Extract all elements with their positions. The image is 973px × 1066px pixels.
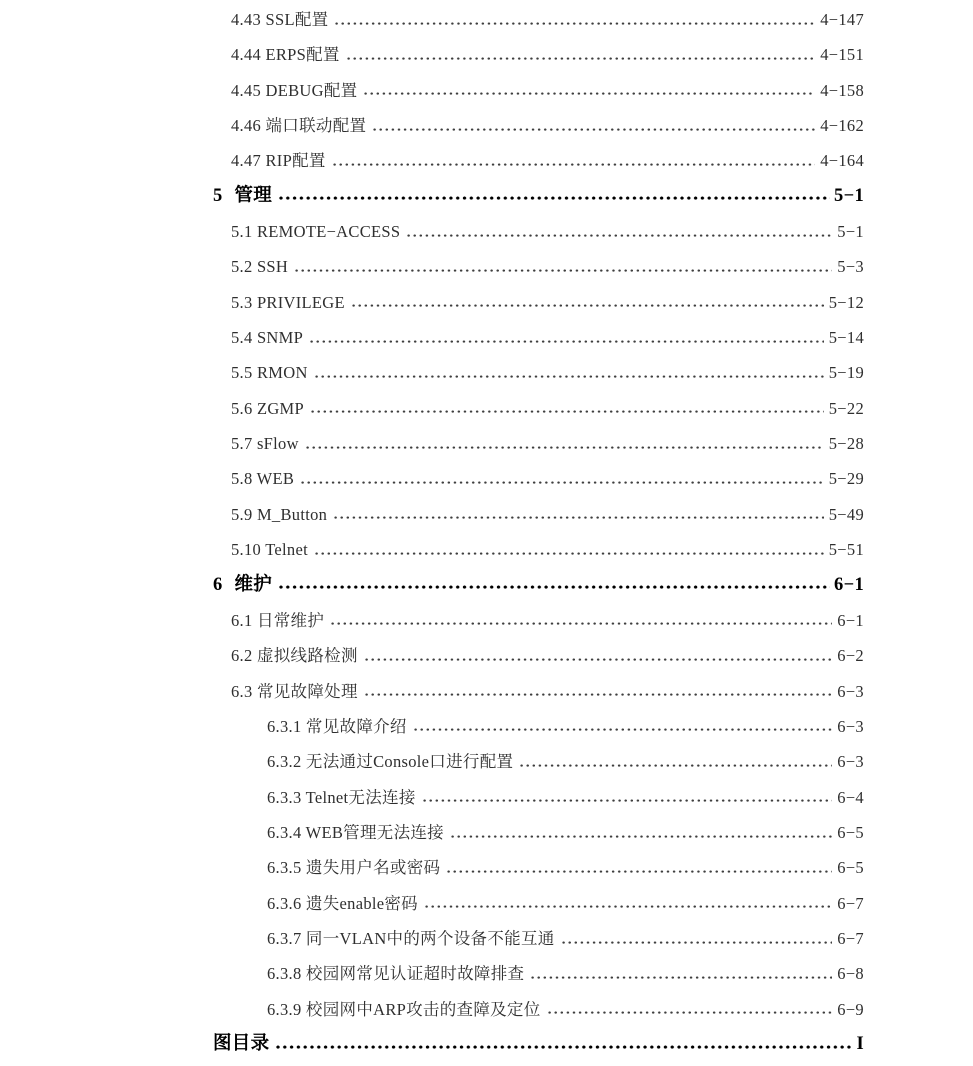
toc-entry-page: 5−19 — [829, 355, 864, 390]
toc-entry-label: 图目录 — [213, 1027, 269, 1062]
toc-entry-label: 6.3.2 无法通过Console口进行配置 — [267, 744, 513, 779]
toc-entry-label: 5.6 ZGMP — [231, 391, 304, 426]
toc-entry-label: 5.1 REMOTE−ACCESS — [231, 214, 400, 249]
dot-leader — [365, 693, 833, 696]
dot-leader — [407, 234, 832, 237]
dot-leader — [295, 269, 832, 272]
dot-leader — [531, 976, 832, 979]
dot-leader — [548, 1011, 833, 1014]
dot-leader — [352, 304, 824, 307]
toc-entry: 5.3 PRIVILEGE 5−12 — [231, 285, 864, 320]
toc-entry-page: 4−147 — [820, 2, 864, 37]
toc-entry-page: 6−1 — [834, 568, 864, 603]
toc-entry-label: 6.3 常见故障处理 — [231, 674, 358, 709]
toc-entry-label: 5 管理 — [213, 179, 272, 214]
toc-entry-page: 5−22 — [829, 391, 864, 426]
toc-entry: 6.3.2 无法通过Console口进行配置 6−3 — [267, 744, 864, 779]
toc-entry-page: 5−12 — [829, 285, 864, 320]
toc-entry: 6.3.5 遗失用户名或密码 6−5 — [267, 850, 864, 885]
toc-entry: 5.7 sFlow 5−28 — [231, 426, 864, 461]
dot-leader — [447, 870, 832, 873]
toc-entry-page: 6−5 — [837, 815, 864, 850]
toc-entry-label: 4.43 SSL配置 — [231, 2, 328, 37]
dot-leader — [364, 92, 815, 95]
toc-entry-page: 6−3 — [837, 744, 864, 779]
toc-entry: 4.46 端口联动配置 4−162 — [231, 108, 864, 143]
toc-entry-page: 6−8 — [837, 956, 864, 991]
toc-entry-page: 6−5 — [837, 850, 864, 885]
toc-entry-page: 5−29 — [829, 461, 864, 496]
toc-entry-label: 6.3.1 常见故障介绍 — [267, 709, 407, 744]
toc-entry-page: 6−9 — [837, 992, 864, 1027]
toc-entry-page: 6−7 — [837, 886, 864, 921]
dot-leader — [311, 410, 824, 413]
toc-entry-page: 6−3 — [837, 709, 864, 744]
toc-entry: 6 维护 6−1 — [213, 568, 864, 603]
toc-entry-label: 6 维护 — [213, 568, 272, 603]
toc-entry-page: 6−1 — [837, 603, 864, 638]
dot-leader — [276, 1045, 852, 1049]
toc-entry: 6.3.3 Telnet无法连接 6−4 — [267, 780, 864, 815]
dot-leader — [279, 196, 830, 200]
toc-entry: 4.44 ERPS配置 4−151 — [231, 37, 864, 72]
toc-entry-label: 5.10 Telnet — [231, 532, 308, 567]
toc-entry-page: 6−7 — [837, 921, 864, 956]
dot-leader — [365, 658, 833, 661]
dot-leader — [310, 340, 824, 343]
dot-leader — [315, 552, 824, 555]
dot-leader — [451, 835, 832, 838]
toc-entry-label: 6.2 虚拟线路检测 — [231, 638, 358, 673]
dot-leader — [306, 446, 824, 449]
toc-entry-page: 5−51 — [829, 532, 864, 567]
dot-leader — [423, 799, 833, 802]
toc-entry-page: 4−164 — [820, 143, 864, 178]
toc-entry: 5.5 RMON 5−19 — [231, 355, 864, 390]
toc-entry: 4.43 SSL配置 4−147 — [231, 2, 864, 37]
toc-entry-page: 5−28 — [829, 426, 864, 461]
toc-entry-label: 5.5 RMON — [231, 355, 308, 390]
toc-entry-label: 6.3.4 WEB管理无法连接 — [267, 815, 444, 850]
toc-entry-label: 4.45 DEBUG配置 — [231, 73, 357, 108]
table-of-contents: 4.43 SSL配置 4−147 4.44 ERPS配置 4−151 4.45 … — [0, 2, 864, 1062]
toc-entry-label: 6.3.9 校园网中ARP攻击的查障及定位 — [267, 992, 541, 1027]
toc-entry-label: 5.3 PRIVILEGE — [231, 285, 345, 320]
toc-entry: 6.1 日常维护 6−1 — [231, 603, 864, 638]
toc-entry-label: 6.3.8 校园网常见认证超时故障排查 — [267, 956, 524, 991]
dot-leader — [414, 728, 833, 731]
toc-entry-page: 6−3 — [837, 674, 864, 709]
toc-entry: 6.3.7 同一VLAN中的两个设备不能互通 6−7 — [267, 921, 864, 956]
toc-entry-page: 5−14 — [829, 320, 864, 355]
toc-entry: 5.4 SNMP 5−14 — [231, 320, 864, 355]
dot-leader — [315, 375, 824, 378]
toc-entry: 5.6 ZGMP 5−22 — [231, 391, 864, 426]
toc-entry-page: 6−2 — [837, 638, 864, 673]
toc-entry-label: 5.2 SSH — [231, 249, 288, 284]
toc-entry: 6.3.8 校园网常见认证超时故障排查 6−8 — [267, 956, 864, 991]
toc-entry: 5.10 Telnet 5−51 — [231, 532, 864, 567]
toc-entry-label: 6.3.5 遗失用户名或密码 — [267, 850, 440, 885]
dot-leader — [347, 57, 815, 60]
toc-entry: 6.3.9 校园网中ARP攻击的查障及定位 6−9 — [267, 992, 864, 1027]
toc-entry-label: 6.3.6 遗失enable密码 — [267, 886, 418, 921]
toc-entry-label: 6.3.7 同一VLAN中的两个设备不能互通 — [267, 921, 555, 956]
toc-entry-page: 4−151 — [820, 37, 864, 72]
toc-entry: 5.8 WEB 5−29 — [231, 461, 864, 496]
toc-entry: 5 管理 5−1 — [213, 179, 864, 214]
dot-leader — [520, 764, 832, 767]
dot-leader — [331, 622, 832, 625]
toc-entry-label: 4.46 端口联动配置 — [231, 108, 366, 143]
toc-entry: 6.2 虚拟线路检测 6−2 — [231, 638, 864, 673]
toc-entry: 6.3 常见故障处理 6−3 — [231, 674, 864, 709]
toc-entry: 4.47 RIP配置 4−164 — [231, 143, 864, 178]
dot-leader — [373, 128, 815, 131]
toc-entry-page: 5−1 — [837, 214, 864, 249]
toc-entry-label: 5.4 SNMP — [231, 320, 303, 355]
toc-entry-page: 5−3 — [837, 249, 864, 284]
toc-entry-page: I — [857, 1027, 865, 1062]
toc-entry-label: 5.7 sFlow — [231, 426, 299, 461]
dot-leader — [279, 585, 830, 589]
dot-leader — [335, 22, 815, 25]
toc-entry: 6.3.1 常见故障介绍 6−3 — [267, 709, 864, 744]
dot-leader — [562, 941, 833, 944]
toc-entry: 5.9 M_Button 5−49 — [231, 497, 864, 532]
toc-entry-label: 4.44 ERPS配置 — [231, 37, 340, 72]
toc-entry-label: 5.9 M_Button — [231, 497, 327, 532]
toc-entry-label: 6.3.3 Telnet无法连接 — [267, 780, 416, 815]
toc-entry-label: 6.1 日常维护 — [231, 603, 324, 638]
toc-entry-page: 5−1 — [834, 179, 864, 214]
toc-entry: 6.3.6 遗失enable密码 6−7 — [267, 886, 864, 921]
toc-entry-page: 4−162 — [820, 108, 864, 143]
toc-entry-page: 5−49 — [829, 497, 864, 532]
dot-leader — [425, 905, 832, 908]
dot-leader — [334, 516, 824, 519]
toc-entry: 4.45 DEBUG配置 4−158 — [231, 73, 864, 108]
toc-entry: 6.3.4 WEB管理无法连接 6−5 — [267, 815, 864, 850]
dot-leader — [333, 163, 816, 166]
toc-entry: 5.2 SSH 5−3 — [231, 249, 864, 284]
toc-entry-page: 6−4 — [837, 780, 864, 815]
toc-entry: 图目录 I — [213, 1027, 864, 1062]
dot-leader — [301, 481, 824, 484]
toc-entry-label: 5.8 WEB — [231, 461, 294, 496]
document-page: 4.43 SSL配置 4−147 4.44 ERPS配置 4−151 4.45 … — [0, 0, 973, 1066]
toc-entry: 5.1 REMOTE−ACCESS 5−1 — [231, 214, 864, 249]
toc-entry-label: 4.47 RIP配置 — [231, 143, 326, 178]
toc-entry-page: 4−158 — [820, 73, 864, 108]
